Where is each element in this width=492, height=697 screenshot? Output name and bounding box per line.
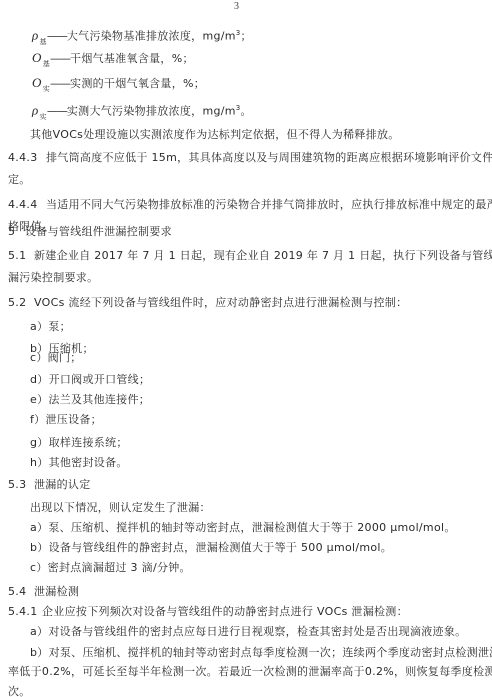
clause-4-4-4: 4.4.4当适用不同大气污染物排放标准的污染物合并排气筒排放时，应执行排放标准中… bbox=[8, 198, 492, 212]
clause-title: 泄漏的认定 bbox=[34, 478, 91, 491]
list-item-other-seals: h）其他密封设备。 bbox=[30, 456, 128, 470]
section-5-heading: 5设备与管线组件泄漏控制要求 bbox=[8, 225, 172, 239]
section-title: 设备与管线组件泄漏控制要求 bbox=[25, 225, 172, 238]
em-dash: —— bbox=[47, 105, 67, 118]
list-item-open-valve: d）开口阀或开口管线； bbox=[30, 373, 150, 387]
clause-number: 4.4.3 bbox=[8, 151, 46, 165]
definition-text: 实测大气污染物排放浓度，mg/m bbox=[67, 105, 236, 118]
definition-o-base: O基——干烟气基准氧含量，%； bbox=[32, 51, 194, 67]
clause-text: 当适用不同大气污染物排放标准的污染物合并排气筒排放时，应执行排放标准中规定的最严 bbox=[46, 198, 492, 211]
definition-rho-measured: ρ实——实测大气污染物排放浓度，mg/m3。 bbox=[32, 101, 252, 120]
symbol-rho: ρ bbox=[32, 103, 39, 118]
subscript: 基 bbox=[40, 38, 47, 46]
clause-title: 泄漏检测 bbox=[34, 585, 79, 598]
inspection-quarterly: b）对泵、压缩机、搅拌机的轴封等动密封点每季度检测一次；连续两个季度动密封点检测… bbox=[30, 646, 492, 660]
clause-number: 5.4 bbox=[8, 585, 34, 599]
leak-criterion-dynamic: a）泵、压缩机、搅拌机的轴封等动密封点，泄漏检测值大于等于 2000 μmol/… bbox=[30, 521, 456, 535]
definition-o-measured: O实——实测的干烟气氧含量，%； bbox=[32, 76, 205, 92]
clause-text: VOCs 流经下列设备与管线组件时，应对动静密封点进行泄漏检测与控制： bbox=[34, 296, 407, 309]
symbol-o: O bbox=[32, 50, 42, 65]
punct: 。 bbox=[241, 105, 252, 118]
em-dash: —— bbox=[50, 77, 70, 90]
definition-text: 干烟气基准氧含量，%； bbox=[70, 52, 194, 65]
clause-number: 5.1 bbox=[8, 249, 34, 263]
clause-number: 5.4.1 bbox=[8, 605, 42, 619]
symbol-rho: ρ bbox=[32, 28, 39, 43]
subscript: 基 bbox=[43, 60, 50, 68]
clause-5-4: 5.4泄漏检测 bbox=[8, 585, 79, 599]
clause-5-1-cont: 漏污染控制要求。 bbox=[8, 271, 98, 285]
inspection-daily: a）对设备与管线组件的密封点应每日进行目视观察，检查其密封处是否出现滴液迹象。 bbox=[30, 625, 466, 639]
inspection-quarterly-cont: 率低于0.2%，可延长至每半年检测一次。若最近一次检测的泄漏率高于0.2%，则恢… bbox=[8, 665, 492, 679]
clause-5-3-intro: 出现以下情况，则认定发生了泄漏： bbox=[30, 501, 211, 515]
em-dash: —— bbox=[50, 52, 70, 65]
clause-number: 5.3 bbox=[8, 478, 34, 492]
definition-rho-base: ρ基——大气污染物基准排放浓度，mg/m3； bbox=[32, 26, 252, 45]
page-number: 3 bbox=[234, 1, 239, 12]
definition-text: 实测的干烟气氧含量，%； bbox=[70, 77, 205, 90]
clause-5-4-1: 5.4.1企业应按下列频次对设备与管线组件的动静密封点进行 VOCs 泄漏检测： bbox=[8, 605, 408, 619]
list-item-pressure-relief: f）泄压设备； bbox=[30, 413, 102, 427]
clause-5-3: 5.3泄漏的认定 bbox=[8, 478, 91, 492]
definition-text: 大气污染物基准排放浓度，mg/m bbox=[67, 30, 236, 43]
list-item-valve: c）阀门； bbox=[30, 351, 82, 365]
note-paragraph: 其他VOCs处理设施以实测浓度作为达标判定依据，但不得人为稀释排放。 bbox=[30, 128, 400, 142]
section-number: 5 bbox=[8, 225, 25, 239]
list-item-sampling: g）取样连接系统； bbox=[30, 436, 128, 450]
clause-text: 新建企业自 2017 年 7 月 1 日起，现有企业自 2019 年 7 月 1… bbox=[34, 249, 492, 262]
leak-criterion-static: b）设备与管线组件的静密封点，泄漏检测值大于等于 500 μmol/mol。 bbox=[30, 541, 392, 555]
clause-number: 4.4.4 bbox=[8, 198, 46, 212]
symbol-o: O bbox=[32, 75, 42, 90]
subscript: 实 bbox=[40, 113, 47, 121]
list-item-pump: a）泵； bbox=[30, 320, 71, 334]
clause-number: 5.2 bbox=[8, 296, 34, 310]
leak-criterion-drip: c）密封点滴漏超过 3 滴/分钟。 bbox=[30, 561, 191, 575]
punct: ； bbox=[241, 30, 252, 43]
list-item-flange: e）法兰及其他连接件； bbox=[30, 393, 150, 407]
clause-4-4-3: 4.4.3排气筒高度不应低于 15m，其具体高度以及与周围建筑物的距离应根据环境… bbox=[8, 151, 492, 165]
clause-text: 排气筒高度不应低于 15m，其具体高度以及与周围建筑物的距离应根据环境影响评价文… bbox=[46, 151, 492, 164]
em-dash: —— bbox=[47, 30, 67, 43]
inspection-quarterly-end: 次。 bbox=[8, 685, 31, 697]
clause-5-1: 5.1新建企业自 2017 年 7 月 1 日起，现有企业自 2019 年 7 … bbox=[8, 249, 492, 263]
clause-4-4-3-cont: 定。 bbox=[8, 173, 31, 187]
subscript: 实 bbox=[43, 85, 50, 93]
clause-5-2: 5.2VOCs 流经下列设备与管线组件时，应对动静密封点进行泄漏检测与控制： bbox=[8, 296, 407, 310]
clause-text: 企业应按下列频次对设备与管线组件的动静密封点进行 VOCs 泄漏检测： bbox=[42, 605, 408, 618]
